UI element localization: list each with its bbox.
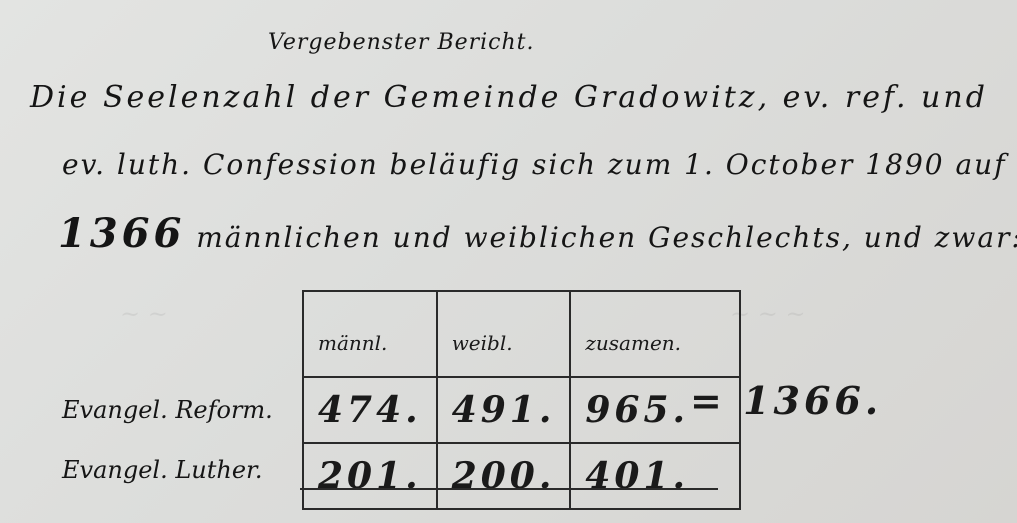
table-row: 474. 491. 965.	[303, 377, 740, 443]
document-page: ~ ~ ~ ~ ~ Vergebenster Bericht. Die Seel…	[0, 0, 1017, 523]
population-table: männl. weibl. zusamen. 474. 491. 965. 20…	[302, 290, 741, 510]
paragraph-line-3-text: männlichen und weiblichen Geschlechts, u…	[196, 221, 1017, 254]
table-header-row: männl. weibl. zusamen.	[303, 291, 740, 377]
header-female: weibl.	[437, 291, 571, 377]
paragraph-line-2: ev. luth. Confession beläufig sich zum 1…	[62, 148, 1007, 181]
row-label-lutheran: Evangel. Luther.	[62, 456, 263, 484]
lutheran-female: 200.	[437, 443, 571, 509]
paragraph-line-1: Die Seelenzahl der Gemeinde Gradowitz, e…	[30, 80, 988, 115]
header-male: männl.	[303, 291, 437, 377]
lutheran-male: 201.	[303, 443, 437, 509]
lutheran-total: 401.	[570, 443, 740, 509]
reformed-male: 474.	[303, 377, 437, 443]
reformed-female: 491.	[437, 377, 571, 443]
grand-total: = 1366.	[690, 378, 882, 423]
header-total: zusamen.	[570, 291, 740, 377]
document-title: Vergebenster Bericht.	[268, 30, 535, 55]
paragraph-line-3: 1366 männlichen und weiblichen Geschlech…	[58, 210, 1017, 257]
ink-bleed-through: ~ ~	[120, 300, 168, 328]
total-population-number: 1366	[58, 210, 185, 257]
table-underline	[300, 488, 718, 490]
table-row: 201. 200. 401.	[303, 443, 740, 509]
row-label-reformed: Evangel. Reform.	[62, 396, 273, 424]
